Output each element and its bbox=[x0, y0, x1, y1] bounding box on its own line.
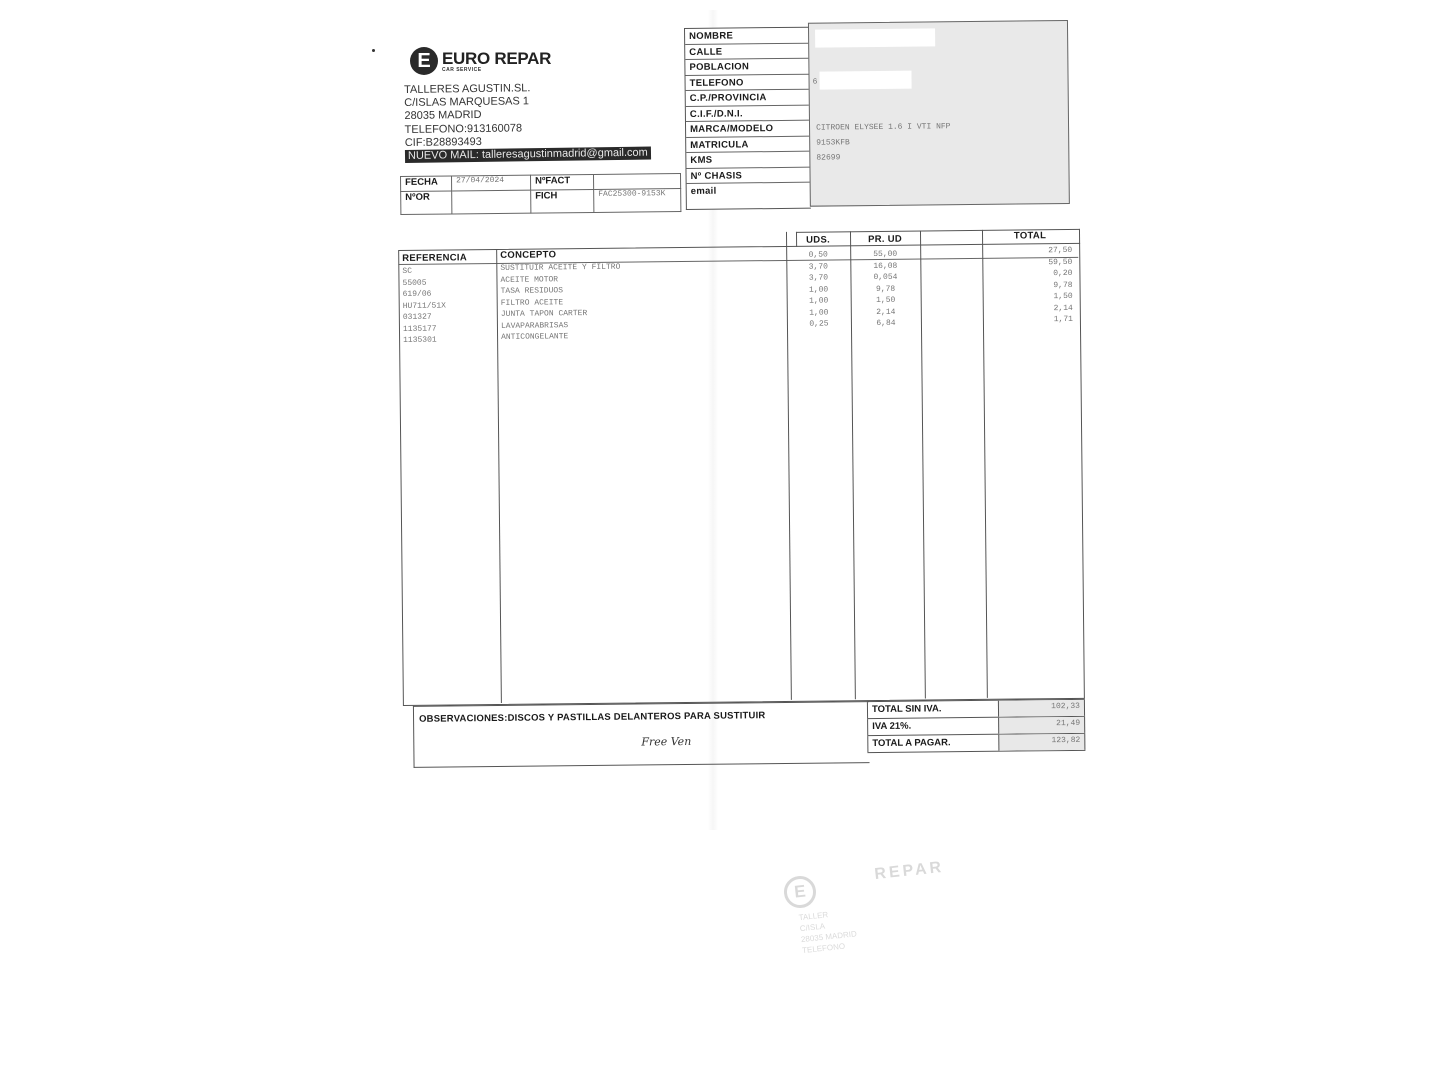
iva-value: 21,49 bbox=[998, 717, 1085, 734]
nor-value bbox=[452, 190, 531, 214]
cell-total: 1,50 bbox=[983, 291, 1073, 303]
company-email: NUEVO MAIL: talleresagustinmadrid@gmail.… bbox=[405, 147, 651, 164]
cell-pr-ud: 16,08 bbox=[850, 260, 920, 272]
cell-pr-ud: 6,84 bbox=[851, 318, 921, 330]
brand-subtitle: CAR SERVICE bbox=[442, 68, 551, 73]
nor-label: NºOR bbox=[401, 191, 452, 215]
header-pr-ud: PR. UD bbox=[850, 234, 920, 246]
cell-pr-ud: 9,78 bbox=[851, 283, 921, 295]
bleed-through-watermark: E REPAR TALLER C/ISLA 28035 MADRID TELEF… bbox=[782, 874, 817, 909]
euro-repar-logo-icon: E bbox=[410, 47, 438, 75]
telefono-prefix: 6 bbox=[813, 78, 818, 87]
col-concepto: SUSTITUIR ACEITE Y FILTROACEITE MOTORTAS… bbox=[500, 262, 621, 344]
label-cif-dni: C.I.F./D.N.I. bbox=[686, 105, 810, 122]
handwritten-note: Free Ven bbox=[641, 735, 691, 749]
cell-concepto: SUSTITUIR ACEITE Y FILTRO bbox=[500, 262, 620, 275]
fich-value: FAC25300-9153K bbox=[594, 189, 681, 213]
label-telefono: TELEFONO bbox=[685, 74, 809, 91]
cell-total: 2,14 bbox=[983, 302, 1073, 314]
header-concepto: CONCEPTO bbox=[500, 249, 556, 261]
total-a-pagar-row: TOTAL A PAGAR. 123,82 bbox=[867, 734, 1085, 753]
total-sin-iva-label: TOTAL SIN IVA. bbox=[867, 701, 998, 718]
observaciones-box: OBSERVACIONES:DISCOS Y PASTILLAS DELANTE… bbox=[413, 701, 869, 766]
fich-label: FICH bbox=[531, 189, 594, 213]
cell-total: 27,50 bbox=[982, 245, 1072, 257]
cell-total: 59,50 bbox=[982, 256, 1072, 268]
line-items-table: REFERENCIA CONCEPTO UDS. PR. UD TOTAL SC… bbox=[398, 229, 1084, 766]
total-sin-iva-value: 102,33 bbox=[998, 700, 1085, 717]
label-matricula: MATRICULA bbox=[686, 136, 810, 153]
cell-ref: 1135301 bbox=[403, 335, 446, 347]
fecha-value: 27/04/2024 bbox=[452, 175, 531, 191]
label-calle: CALLE bbox=[685, 43, 809, 60]
scan-speck bbox=[372, 49, 375, 52]
euro-repar-logo: E EURO REPAR CAR SERVICE bbox=[410, 47, 551, 75]
watermark-brand: REPAR bbox=[874, 859, 945, 884]
watermark-logo-icon: E bbox=[782, 874, 817, 909]
cell-total: 9,78 bbox=[982, 279, 1072, 291]
client-values: 6 CITROEN ELYSEE 1.6 I VTI NFP 9153KFB 8… bbox=[808, 20, 1070, 207]
total-a-pagar-label: TOTAL A PAGAR. bbox=[867, 735, 998, 752]
cell-uds: 0,25 bbox=[787, 318, 851, 330]
matricula-value: 9153KFB bbox=[816, 138, 850, 147]
brand-name: EURO REPAR bbox=[442, 50, 551, 67]
marca-modelo-value: CITROEN ELYSEE 1.6 I VTI NFP bbox=[816, 122, 951, 132]
col-total: 27,5059,500,209,781,502,141,71 bbox=[982, 245, 1073, 326]
cell-uds: 1,00 bbox=[787, 295, 851, 307]
label-kms: KMS bbox=[686, 152, 810, 169]
label-nombre: NOMBRE bbox=[685, 28, 809, 45]
cell-uds: 3,70 bbox=[786, 272, 850, 284]
label-chasis: Nº CHASIS bbox=[686, 167, 810, 184]
cell-pr-ud: 0,054 bbox=[850, 272, 920, 284]
cell-total: 0,20 bbox=[982, 268, 1072, 280]
iva-label: IVA 21%. bbox=[867, 718, 998, 735]
cell-uds: 0,50 bbox=[786, 249, 850, 261]
label-poblacion: POBLACION bbox=[685, 59, 809, 76]
header-total: TOTAL bbox=[982, 230, 1078, 242]
cell-ref: 031327 bbox=[403, 312, 446, 324]
cell-pr-ud: 1,50 bbox=[851, 295, 921, 307]
label-email: email bbox=[687, 183, 811, 199]
redacted-nombre bbox=[815, 28, 935, 47]
cell-pr-ud: 55,00 bbox=[850, 249, 920, 261]
company-info: TALLERES AGUSTIN.SL. C/ISLAS MARQUESAS 1… bbox=[404, 81, 651, 164]
cell-ref: SC bbox=[402, 266, 445, 278]
cell-total: 1,71 bbox=[983, 314, 1073, 326]
col-uds: 0,503,703,701,001,001,000,25 bbox=[786, 249, 851, 330]
label-cp-provincia: C.P./PROVINCIA bbox=[686, 90, 810, 107]
cell-ref: 55005 bbox=[402, 277, 445, 289]
col-referencia: SC55005619/06HU711/51X031327113517711353… bbox=[402, 266, 446, 347]
watermark-lines: TALLER C/ISLA 28035 MADRID TELEFONO bbox=[798, 906, 858, 956]
total-a-pagar-value: 123,82 bbox=[998, 734, 1085, 751]
kms-value: 82699 bbox=[816, 153, 840, 162]
header-uds: UDS. bbox=[786, 234, 850, 246]
cell-uds: 1,00 bbox=[787, 284, 851, 296]
client-labels: NOMBRE CALLE POBLACION TELEFONO C.P./PRO… bbox=[684, 27, 811, 210]
nfact-value bbox=[593, 174, 680, 190]
invoice-meta-table: FECHA 27/04/2024 NºFACT NºOR FICH FAC253… bbox=[400, 173, 681, 215]
total-sin-iva-row: TOTAL SIN IVA. 102,33 bbox=[867, 699, 1085, 719]
client-info-box: NOMBRE CALLE POBLACION TELEFONO C.P./PRO… bbox=[684, 24, 1070, 208]
cell-ref: 1135177 bbox=[403, 323, 446, 335]
cell-uds: 3,70 bbox=[786, 261, 850, 273]
col-pr-ud: 55,0016,080,0549,781,502,146,84 bbox=[850, 249, 921, 330]
cell-ref: HU711/51X bbox=[403, 300, 446, 312]
cell-uds: 1,00 bbox=[787, 307, 851, 319]
fecha-label: FECHA bbox=[401, 176, 452, 192]
nfact-label: NºFACT bbox=[530, 174, 593, 190]
cell-pr-ud: 2,14 bbox=[851, 306, 921, 318]
label-marca-modelo: MARCA/MODELO bbox=[686, 121, 810, 138]
cell-concepto: ANTICONGELANTE bbox=[501, 331, 621, 344]
redacted-telefono bbox=[819, 71, 911, 90]
header-referencia: REFERENCIA bbox=[402, 252, 467, 264]
cell-ref: 619/06 bbox=[403, 289, 446, 301]
totals-box: TOTAL SIN IVA. 102,33 IVA 21%. 21,49 TOT… bbox=[867, 699, 1086, 753]
